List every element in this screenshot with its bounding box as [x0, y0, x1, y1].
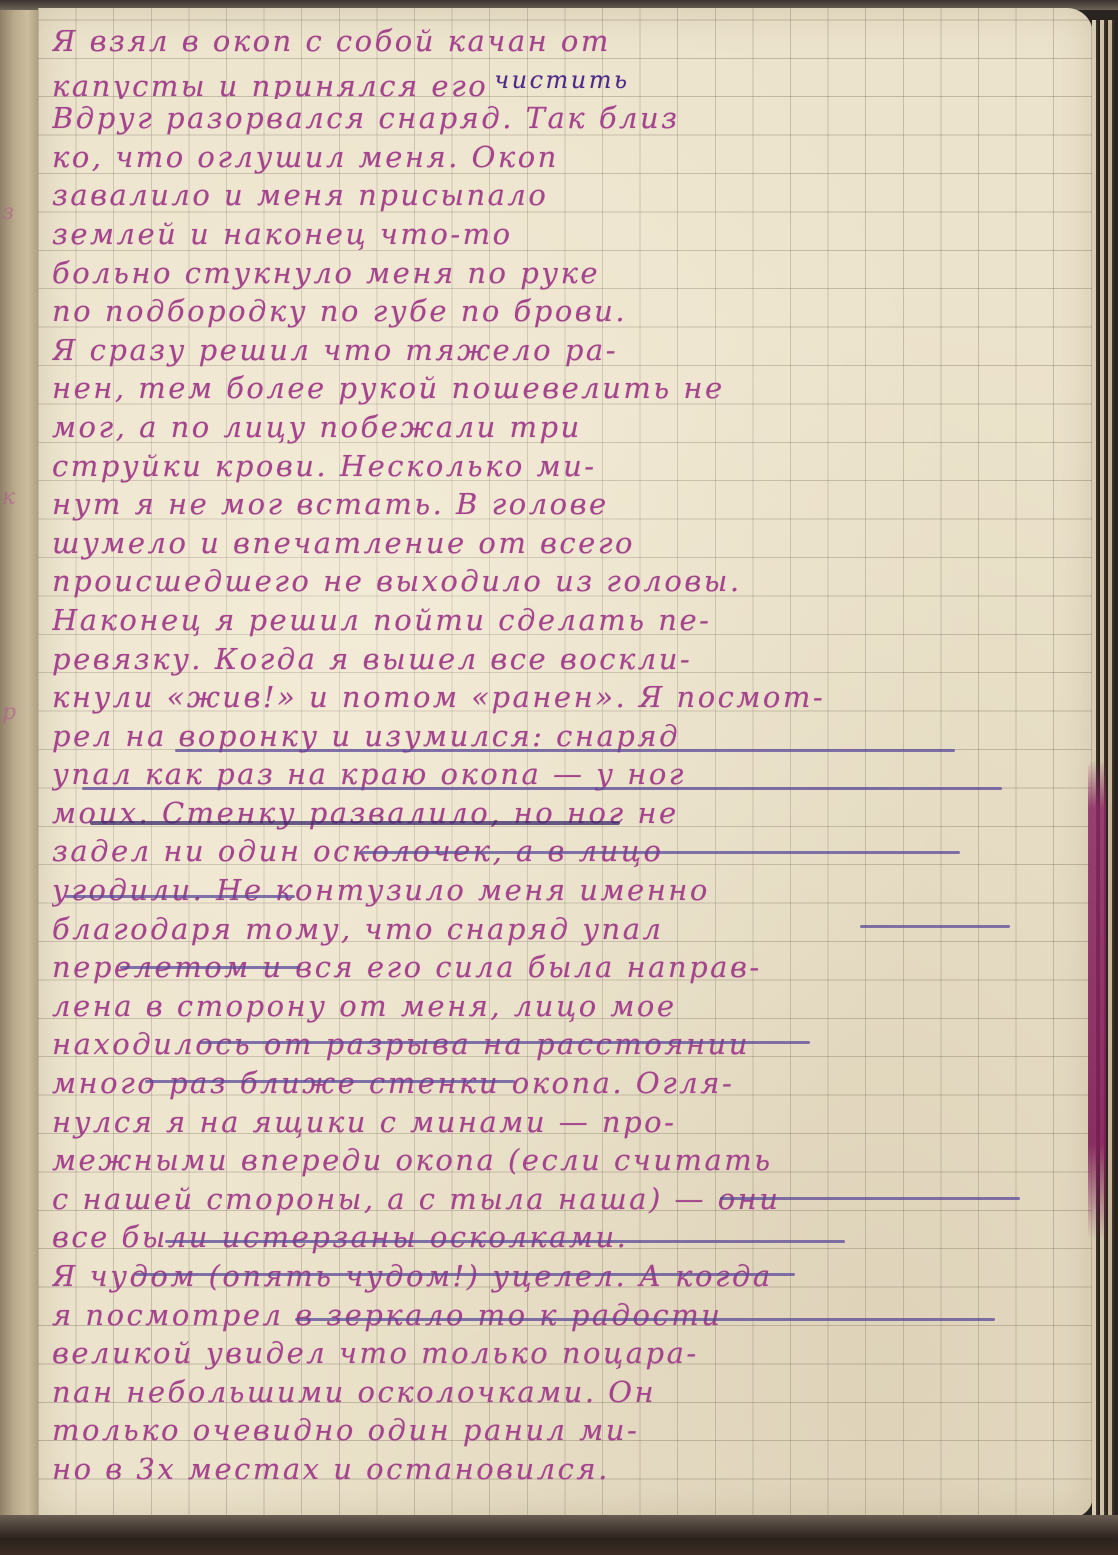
text-line: струйки крови. Несколько ми- — [52, 447, 1097, 486]
underline-mark — [90, 821, 620, 825]
underline-mark — [200, 1041, 810, 1044]
text-line: лена в сторону от меня, лицо мое — [52, 987, 1097, 1026]
text-line: но в 3х местах и остановился. — [52, 1450, 1097, 1489]
text-line: находилось от разрыва на расстоянии — [52, 1025, 1097, 1064]
bottom-edge-shadow — [0, 1515, 1118, 1555]
text-line-content: Я сразу решил что тяжело ра- — [52, 333, 618, 367]
inserted-word: чистить — [494, 66, 629, 94]
underline-mark — [360, 851, 960, 854]
text-line: пан небольшими осколочками. Он — [52, 1373, 1097, 1412]
text-line-content: Наконец я решил пойти сделать пе- — [52, 603, 711, 637]
text-line-content: я посмотрел в зеркало то к радости — [52, 1298, 722, 1332]
margin-mark: к — [2, 485, 15, 510]
text-line: только очевидно один ранил ми- — [52, 1411, 1097, 1450]
text-line: капусты и принялся егочистить — [52, 61, 1097, 100]
text-line: мог, а по лицу побежали три — [52, 408, 1097, 447]
handwritten-text: Я взял в окоп с собой качан откапусты и … — [52, 22, 1097, 1489]
text-line: ко, что оглушил меня. Окоп — [52, 138, 1097, 177]
text-line-content: Я взял в окоп с собой качан от — [52, 24, 611, 58]
underline-mark — [175, 749, 955, 752]
text-line-content: Вдруг разорвался снаряд. Так близ — [52, 101, 679, 135]
text-line: межными впереди окопа (если считать — [52, 1141, 1097, 1180]
text-line-content: завалило и меня присыпало — [52, 178, 548, 212]
text-line: землей и наконец что-то — [52, 215, 1097, 254]
text-line-content: землей и наконец что-то — [52, 217, 513, 251]
text-line-content: нут я не мог встать. В голове — [52, 487, 609, 521]
text-line-content: нен, тем более рукой пошевелить не — [52, 371, 725, 405]
text-line: нулся я на ящики с минами — про- — [52, 1103, 1097, 1142]
text-line-content: только очевидно один ранил ми- — [52, 1413, 639, 1447]
text-line: происшедшего не выходило из головы. — [52, 562, 1097, 601]
text-line-content: Я чудом (опять чудом!) уцелел. А когда — [52, 1259, 773, 1293]
text-line: нут я не мог встать. В голове — [52, 485, 1097, 524]
text-line-content: с нашей стороны, а с тыла наша) — они — [52, 1182, 780, 1216]
text-line: шумело и впечатление от всего — [52, 524, 1097, 563]
text-line: Вдруг разорвался снаряд. Так близ — [52, 99, 1097, 138]
text-line-content: пан небольшими осколочками. Он — [52, 1375, 656, 1409]
text-line-content: но в 3х местах и остановился. — [52, 1452, 610, 1486]
text-line: я посмотрел в зеркало то к радости — [52, 1296, 1097, 1335]
text-line-content: межными впереди окопа (если считать — [52, 1143, 773, 1177]
text-line: угодили. Не контузило меня именно — [52, 871, 1097, 910]
text-line-content: больно стукнуло меня по руке — [52, 256, 600, 290]
text-line: все были истерзаны осколками. — [52, 1218, 1097, 1257]
text-line: много раз ближе стенки окопа. Огля- — [52, 1064, 1097, 1103]
underline-mark — [165, 1240, 845, 1243]
text-line: ревязку. Когда я вышел все воскли- — [52, 640, 1097, 679]
text-line-content: по подбородку по губе по брови. — [52, 294, 627, 328]
text-line: Я взял в окоп с собой качан от — [52, 22, 1097, 61]
text-line: Я чудом (опять чудом!) уцелел. А когда — [52, 1257, 1097, 1296]
text-line-content: рел на воронку и изумился: снаряд — [52, 719, 680, 753]
text-line-content: ко, что оглушил меня. Окоп — [52, 140, 559, 174]
text-line: завалило и меня присыпало — [52, 176, 1097, 215]
notebook-spine — [0, 0, 40, 1555]
text-line: благодаря тому, что снаряд упал — [52, 910, 1097, 949]
underline-mark — [720, 1197, 1020, 1200]
underline-mark — [82, 787, 1002, 790]
underline-mark — [295, 1318, 995, 1321]
text-line-content: ревязку. Когда я вышел все воскли- — [52, 642, 692, 676]
text-line: больно стукнуло меня по руке — [52, 254, 1097, 293]
underline-mark — [65, 895, 295, 898]
text-line: нен, тем более рукой пошевелить не — [52, 369, 1097, 408]
page-stack-edge — [1108, 20, 1114, 1520]
text-line: Я сразу решил что тяжело ра- — [52, 331, 1097, 370]
text-line-content: шумело и впечатление от всего — [52, 526, 635, 560]
text-line-content: благодаря тому, что снаряд упал — [52, 912, 663, 946]
text-line-content: мог, а по лицу побежали три — [52, 410, 582, 444]
margin-mark: р — [2, 700, 16, 725]
text-line-content: находилось от разрыва на расстоянии — [52, 1027, 750, 1061]
text-line-content: лена в сторону от меня, лицо мое — [52, 989, 677, 1023]
text-line-content: великой увидел что только поцара- — [52, 1336, 699, 1370]
text-line: кнули «жив!» и потом «ранен». Я посмот- — [52, 678, 1097, 717]
underline-mark — [860, 925, 1010, 928]
text-line-content: струйки крови. Несколько ми- — [52, 449, 597, 483]
margin-mark: з — [2, 200, 14, 225]
text-line: по подбородку по губе по брови. — [52, 292, 1097, 331]
underline-mark — [135, 1273, 795, 1276]
text-line-content: кнули «жив!» и потом «ранен». Я посмот- — [52, 680, 825, 714]
text-line-content: угодили. Не контузило меня именно — [52, 873, 710, 907]
text-line: моих. Стенку развалило, но ног не — [52, 794, 1097, 833]
text-line-content: нулся я на ящики с минами — про- — [52, 1105, 676, 1139]
text-line-content: все были истерзаны осколками. — [52, 1220, 628, 1254]
text-line-content: происшедшего не выходило из головы. — [52, 564, 742, 598]
text-line-content: много раз ближе стенки окопа. Огля- — [52, 1066, 734, 1100]
underline-mark — [120, 966, 300, 969]
underline-mark — [145, 1080, 515, 1083]
text-line: великой увидел что только поцара- — [52, 1334, 1097, 1373]
text-line: Наконец я решил пойти сделать пе- — [52, 601, 1097, 640]
text-line-content: капусты и принялся его — [52, 69, 488, 100]
